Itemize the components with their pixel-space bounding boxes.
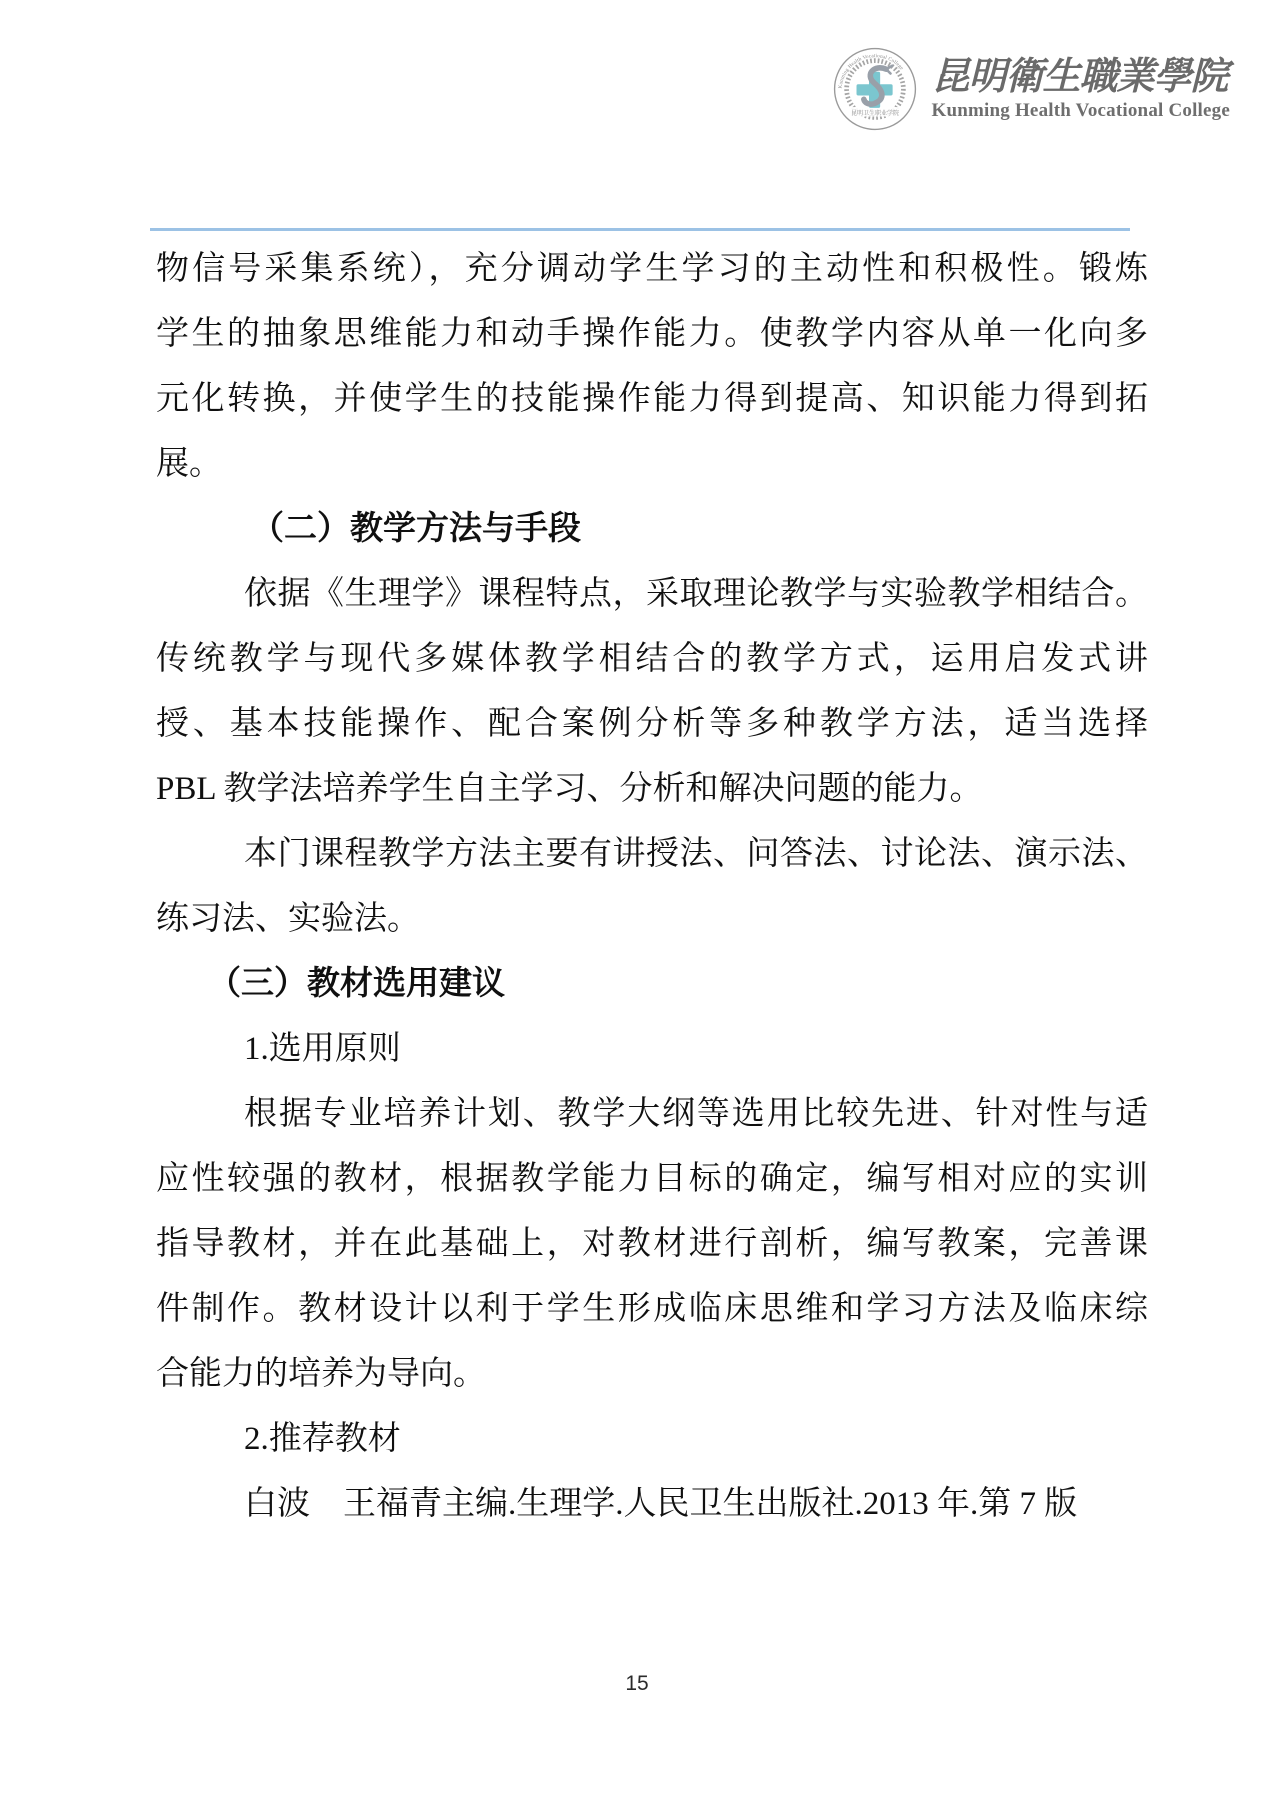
list-item: 1.选用原则 [156, 1017, 1148, 1082]
text-line: 合能力的培养为导向。 [156, 1342, 1148, 1407]
text-line: 元化转换，并使学生的技能操作能力得到提高、知识能力得到拓 [156, 367, 1148, 432]
header-divider [150, 228, 1130, 231]
document-page: { "page": { "background_color": "#ffffff… [0, 0, 1274, 1801]
text-line: 传统教学与现代多媒体教学相结合的教学方式，运用启发式讲 [156, 627, 1148, 692]
list-item: 2.推荐教材 [156, 1407, 1148, 1472]
college-name-zh: 昆明衛生職業學院 [932, 56, 1230, 100]
college-seal-icon: Kunming Health Vocational College 昆明卫生职业… [832, 46, 918, 132]
text-line: 授、基本技能操作、配合案例分析等多种教学方法，适当选择 [156, 692, 1148, 757]
section-heading: （二）教学方法与手段 [156, 497, 1148, 562]
page-footer: 15 [0, 1672, 1274, 1696]
text-line: 物信号采集系统），充分调动学生学习的主动性和积极性。锻炼 [156, 237, 1148, 302]
section-heading: （三）教材选用建议 [156, 952, 1148, 1017]
text-line: 本门课程教学方法主要有讲授法、问答法、讨论法、演示法、 [156, 822, 1148, 887]
seal-ring-text-bottom: 昆明卫生职业学院 [850, 109, 898, 117]
text-line: 练习法、实验法。 [156, 887, 1148, 952]
text-line: 学生的抽象思维能力和动手操作能力。使教学内容从单一化向多 [156, 302, 1148, 367]
text-line: 件制作。教材设计以利于学生形成临床思维和学习方法及临床综 [156, 1277, 1148, 1342]
document-body: 物信号采集系统），充分调动学生学习的主动性和积极性。锻炼 学生的抽象思维能力和动… [156, 237, 1148, 1537]
text-line: 白波 王福青主编.生理学.人民卫生出版社.2013 年.第 7 版 [156, 1472, 1148, 1537]
text-line: 指导教材，并在此基础上，对教材进行剖析，编写教案，完善课 [156, 1212, 1148, 1277]
college-name-en: Kunming Health Vocational College [932, 100, 1230, 122]
college-wordmark: 昆明衛生職業學院 Kunming Health Vocational Colle… [932, 56, 1230, 122]
text-line: 应性较强的教材，根据教学能力目标的确定，编写相对应的实训 [156, 1147, 1148, 1212]
college-logo: Kunming Health Vocational College 昆明卫生职业… [832, 46, 1230, 132]
page-number: 15 [625, 1672, 648, 1695]
text-line: 根据专业培养计划、教学大纲等选用比较先进、针对性与适 [156, 1082, 1148, 1147]
text-line: PBL 教学法培养学生自主学习、分析和解决问题的能力。 [156, 757, 1148, 822]
text-line: 依据《生理学》课程特点，采取理论教学与实验教学相结合。 [156, 562, 1148, 627]
text-line: 展。 [156, 432, 1148, 497]
